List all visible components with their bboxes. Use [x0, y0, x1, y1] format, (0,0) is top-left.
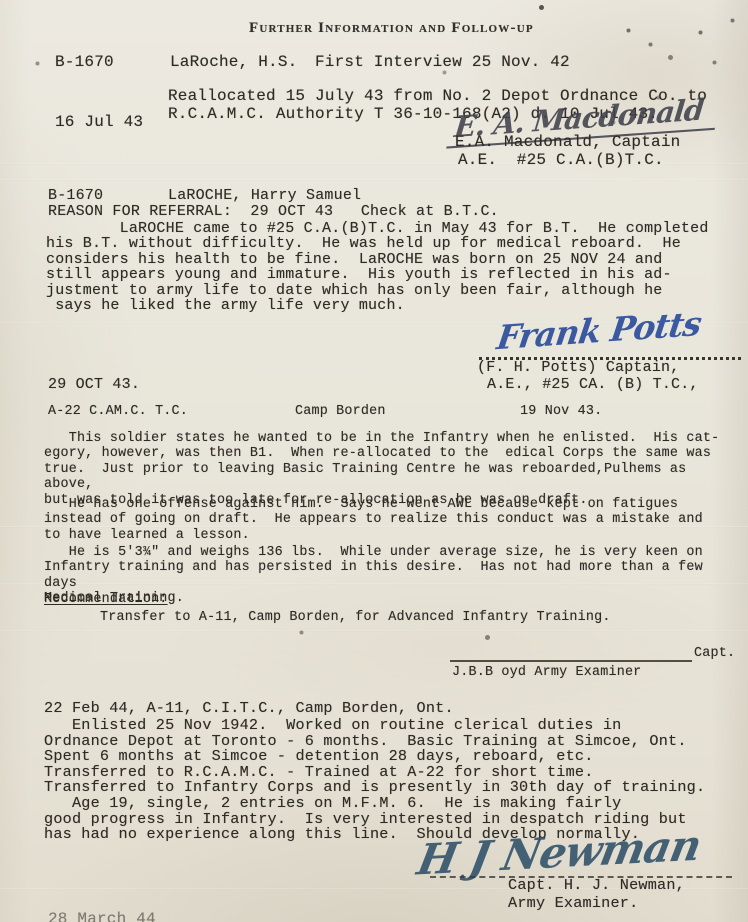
signature-name: Capt. H. J. Newman, — [508, 878, 685, 894]
signature-dashed-line — [430, 836, 732, 878]
recommendation-text: Transfer to A-11, Camp Borden, for Advan… — [100, 610, 611, 625]
signature-line — [450, 640, 692, 662]
entry-date: 16 Jul 43 — [55, 114, 143, 132]
case-number: B-1670 — [48, 188, 103, 203]
signature-unit: A.E., #25 CA. (B) T.C., — [487, 377, 699, 392]
recommendation-label: Recommendation: — [44, 592, 168, 607]
citc-heading: 22 Feb 44, A-11, C.I.T.C., Camp Borden, … — [44, 701, 454, 717]
examiner-name: J.B.B oyd Army Examiner — [452, 665, 641, 680]
borden-paragraph-2: He has one offense against him. Says he … — [44, 497, 734, 543]
paper-crease — [0, 630, 748, 632]
scan-specks — [0, 0, 3, 3]
entry-date: 19 Nov 43. — [520, 404, 602, 419]
soldier-name: LaRoche, H.S. — [170, 54, 297, 72]
interview-note: First Interview 25 Nov. 42 — [315, 54, 570, 72]
rank-label: Capt. — [694, 646, 735, 661]
paper-crease — [0, 179, 748, 181]
signature-name: E.A. Macdonald, Captain — [455, 134, 680, 152]
signature-role: Army Examiner. — [508, 896, 638, 912]
scanned-document-page: Further Information and Follow-up B-1670… — [0, 0, 748, 922]
referral-reason-value: 29 OCT 43 Check at B.T.C. — [232, 203, 499, 220]
entry-date: 29 OCT 43. — [48, 377, 140, 392]
unit-name: A-22 C.AM.C. T.C. — [48, 404, 188, 419]
referral-reason-label: REASON FOR REFERRAL: — [48, 203, 232, 220]
citc-paragraph-1: Enlisted 25 Nov 1942. Worked on routine … — [44, 718, 734, 796]
signature-dotted-line — [479, 318, 741, 360]
partial-next-entry-date: 28 March 44 — [48, 911, 156, 922]
signature-unit: A.E. #25 C.A.(B)T.C. — [458, 152, 664, 170]
case-number: B-1670 — [55, 54, 114, 72]
referral-body: LaROCHE came to #25 C.A.(B)T.C. in May 4… — [46, 221, 716, 313]
location: Camp Borden — [295, 404, 386, 419]
signature-name: (F. H. Potts) Captain, — [477, 360, 679, 375]
referral-reason-row: REASON FOR REFERRAL: 29 OCT 43 Check at … — [48, 204, 499, 219]
document-title: Further Information and Follow-up — [249, 20, 534, 37]
soldier-name: LaROCHE, Harry Samuel — [168, 188, 361, 203]
